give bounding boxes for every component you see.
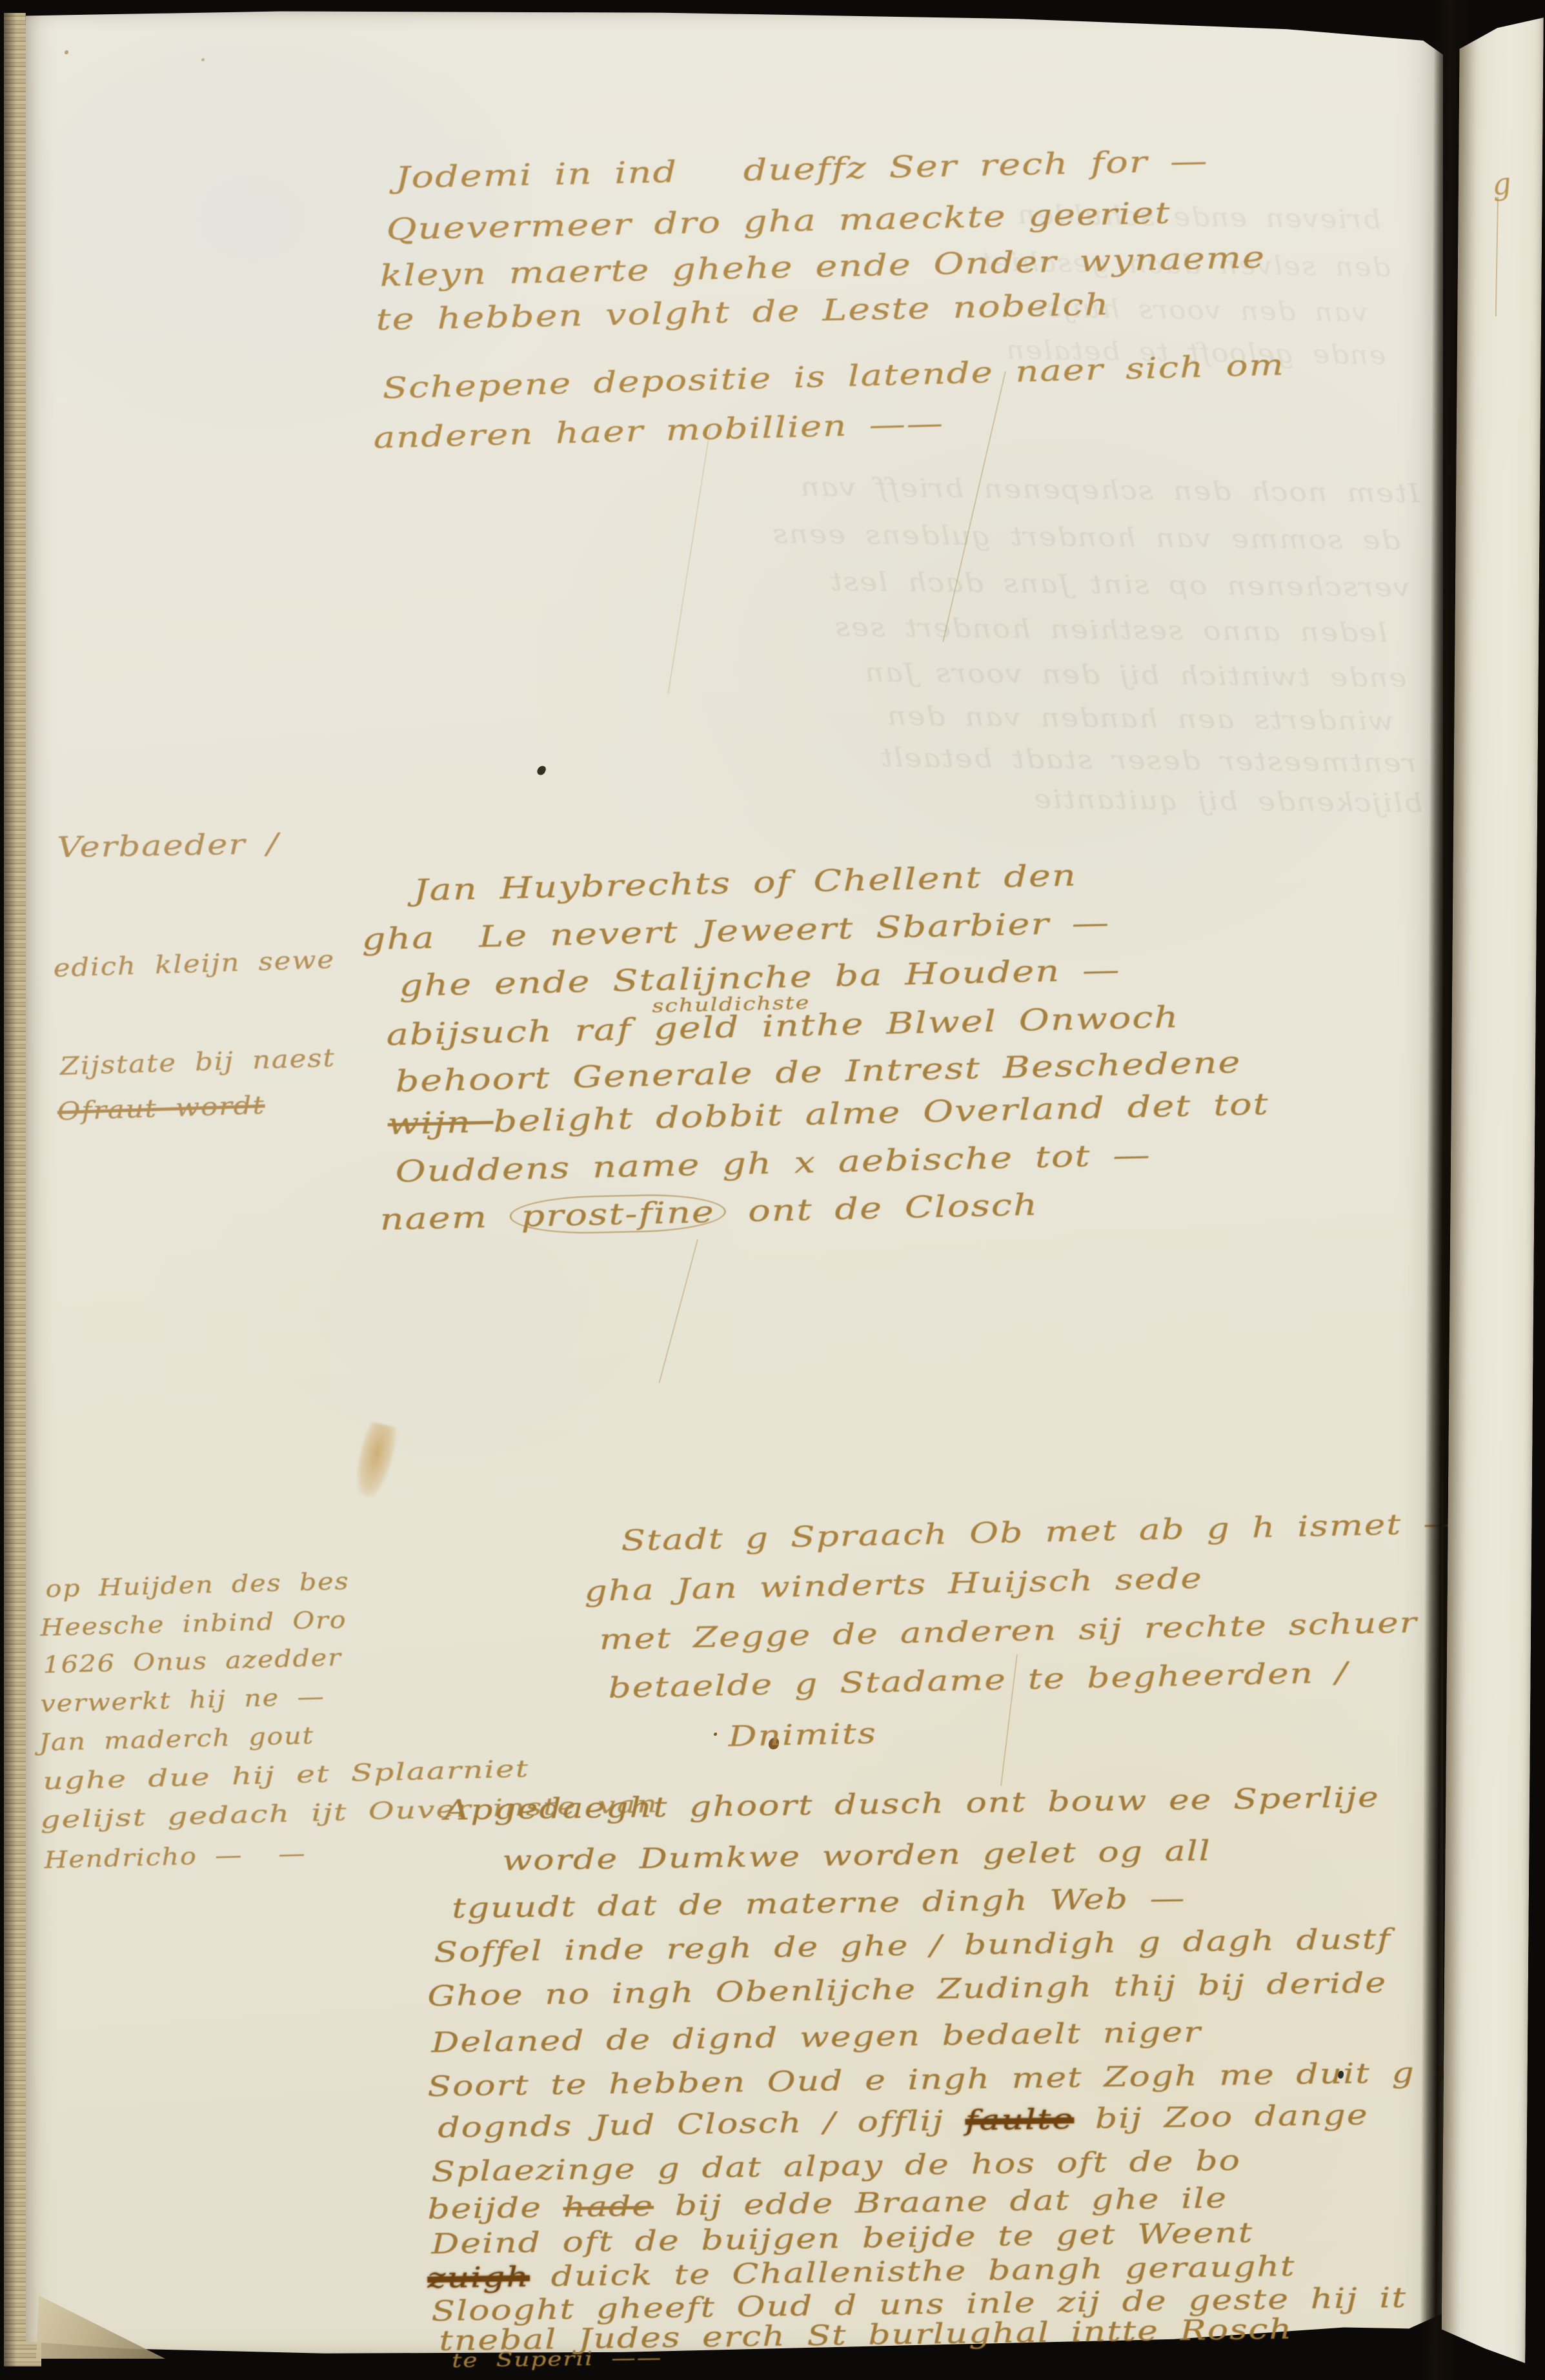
word: dognds Jud Closch / offlij — [438, 2105, 965, 2144]
bleedthrough-main-line: Item noch den schepenen brieff van — [799, 473, 1420, 509]
bottom-paragraph-line: Splaezinge g dat alpay de hos oft de bo — [431, 2144, 1241, 2188]
word: beijde — [427, 2192, 563, 2226]
bleedthrough-upper-line: den selven dach geschiet — [979, 247, 1391, 283]
middle-paragraph-line: gha Le nevert Jeweert Sbarbier — — [361, 905, 1111, 957]
bleedthrough-main-line: winderts aen handen van den — [886, 702, 1394, 737]
bottom-paragraph-line: Apgedaeght ghoort dusch ont bouw ee Sper… — [444, 1782, 1380, 1827]
struck-word: wijn — [387, 1104, 494, 1141]
margin-notes-lower-line: 1626 Onus azedder — [43, 1645, 342, 1679]
margin-notes-middle-line: edich kleijn sewe — [53, 945, 336, 982]
bleedthrough-main-line: leden anno sesthien hondert ses — [834, 613, 1388, 648]
lower-paragraph-line: betaelde g Stadame te begheerden / — [608, 1656, 1349, 1705]
circled-word: prost-fine — [509, 1193, 727, 1236]
word: bij Zoo dange — [1074, 2099, 1369, 2135]
top-paragraph-line: Jodemi in ind dueffz Ser rech for — — [395, 143, 1209, 195]
bottom-paragraph-line: Ghoe no ingh Obenlijche Zudingh thij bij… — [427, 1967, 1387, 2013]
bleedthrough-upper-line: brieven ende schulden — [1016, 200, 1381, 235]
bottom-paragraph-line: Delaned de dignd wegen bedaelt niger — [431, 2016, 1202, 2059]
margin-notes-middle-line: Ofraut wordt — [57, 1091, 265, 1126]
struck-word: Ofraut wordt — [57, 1091, 265, 1126]
word: bij edde Braane dat ghe ile — [654, 2182, 1228, 2222]
top-paragraph-line: te hebben volght de Leste nobelch — [376, 287, 1110, 337]
margin-notes-lower-line: verwerkt hij ne — — [40, 1683, 325, 1718]
bottom-paragraph-line: Soort te hebben Oud e ingh met Zogh me d… — [427, 2056, 1494, 2103]
word: belight dobbit alme Overland det tot — [493, 1086, 1269, 1139]
bleedthrough-main-line: verschenen op sint Jans dach lest — [829, 567, 1410, 603]
bottom-paragraph-line: dognds Jud Closch / offlij faulte bij Zo… — [438, 2099, 1369, 2144]
struck-word: zuigh — [427, 2261, 530, 2295]
struck-word: faulte — [965, 2103, 1074, 2137]
bottom-paragraph-line: Soffel inde regh de ghe / bundigh g dagh… — [434, 1923, 1391, 1969]
margin-note-verbaeder-line: Verbaeder / — [57, 828, 279, 864]
word: ont de Closch — [726, 1187, 1039, 1229]
bottom-paragraph-line: tguudt dat de materne dingh Web — — [452, 1882, 1186, 1925]
margin-notes-middle-line: Zijstate bij naest — [59, 1044, 336, 1081]
struck-word: hade — [563, 2190, 654, 2224]
bleedthrough-main-line: de somme van hondert guldens eens — [771, 520, 1400, 556]
bleedthrough-main-line: ende twintich bij den voors Jan — [863, 658, 1407, 693]
bleedthrough-main-line: blijckende bij quitantie — [1033, 785, 1423, 819]
bleedthrough-main-line: rentmeester deser stadt betaelt — [880, 743, 1417, 778]
margin-notes-lower-line: ughe due hij et Splaarniet — [43, 1756, 530, 1795]
middle-paragraph-line: Jan Huybrechts of Chellent den — [413, 858, 1077, 908]
word: naem — [379, 1199, 510, 1237]
second-paragraph-line: anderen haer mobillien —— — [373, 406, 944, 455]
margin-notes-lower-line: Jan maderch gout — [39, 1723, 314, 1756]
lower-paragraph-line: met Zegge de anderen sij rechte schuer — [599, 1606, 1418, 1656]
bleedthrough-upper-line: ende gelooft te betalen — [1005, 336, 1386, 371]
sliver-ink-mark: g — [1490, 166, 1513, 203]
margin-notes-lower-line: Hendricho — — — [44, 1840, 307, 1874]
bleedthrough-upper-line: van den voors huijse — [1027, 294, 1368, 328]
ink-layer: Jodemi in ind dueffz Ser rech for —Queve… — [0, 0, 1545, 2380]
middle-paragraph-line: Ouddens name gh x aebische tot — — [395, 1137, 1151, 1189]
bottom-paragraph-line: te Superii —— — [452, 2346, 662, 2372]
scan-background: Jodemi in ind dueffz Ser rech for —Queve… — [0, 0, 1545, 2380]
lower-paragraph-line: Stadt g Spraach Ob met ab g h ismet — — [621, 1507, 1460, 1558]
lower-paragraph-line: gha Jan winderts Huijsch sede — [584, 1562, 1203, 1608]
bottom-paragraph-line: worde Dumkwe worden gelet og all — [502, 1835, 1211, 1877]
margin-notes-lower-line: Heesche inbind Oro — [40, 1607, 347, 1642]
lower-paragraph-line: Dnimits — [728, 1717, 877, 1753]
margin-notes-lower-line: op Huijden des bes — [45, 1569, 350, 1603]
middle-paragraph-line: naem prost-fine ont de Closch — [379, 1187, 1038, 1237]
